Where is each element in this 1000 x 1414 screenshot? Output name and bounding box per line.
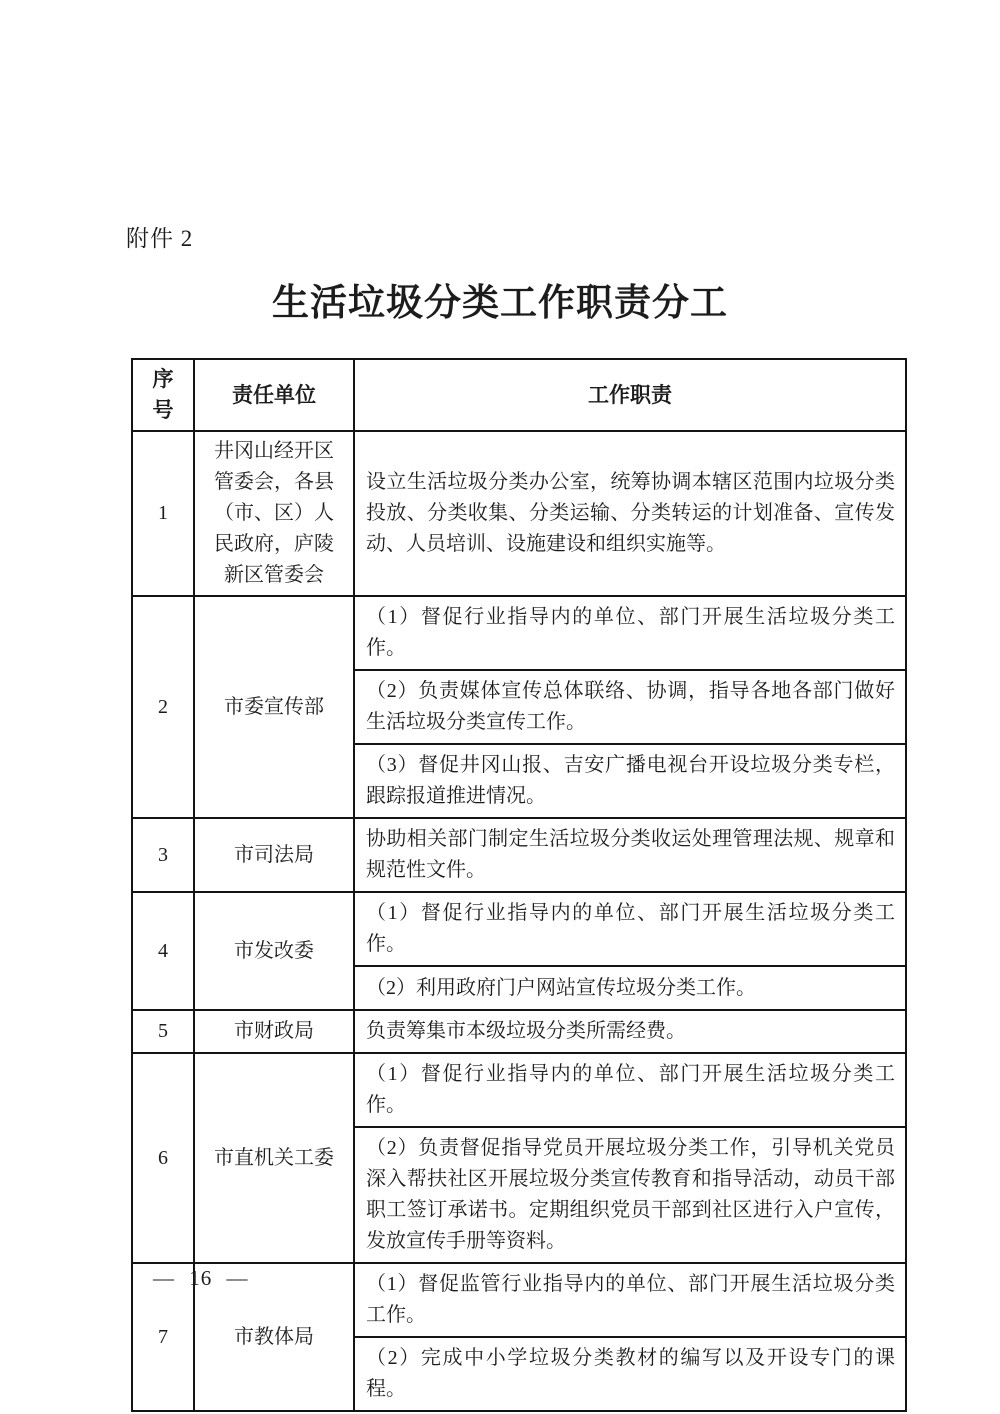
header-index-label: 序号 [151, 364, 174, 426]
page-title: 生活垃圾分类工作职责分工 [0, 272, 1000, 326]
unit-cell: 市委宣传部 [194, 596, 354, 818]
duty-cell: 负责筹集市本级垃圾分类所需经费。 [354, 1010, 906, 1053]
unit-cell: 市直机关工委 [194, 1053, 354, 1263]
responsibility-table: 序号 责任单位 工作职责 1 井冈山经开区管委会，各县（市、区）人民政府，庐陵新… [131, 358, 907, 1412]
duty-cell: （2）完成中小学垃圾分类教材的编写以及开设专门的课程。 [354, 1337, 906, 1411]
header-unit: 责任单位 [194, 359, 354, 431]
table-row: 6 市直机关工委 （1）督促行业指导内的单位、部门开展生活垃圾分类工作。 [132, 1053, 906, 1127]
unit-cell: 市司法局 [194, 818, 354, 892]
duty-cell: （2）负责媒体宣传总体联络、协调，指导各地各部门做好生活垃圾分类宣传工作。 [354, 670, 906, 744]
page-number: — 16 — [153, 1266, 249, 1291]
duty-cell: （1）督促行业指导内的单位、部门开展生活垃圾分类工作。 [354, 596, 906, 670]
header-duty: 工作职责 [354, 359, 906, 431]
unit-cell: 井冈山经开区管委会，各县（市、区）人民政府，庐陵新区管委会 [194, 431, 354, 596]
table-row: 1 井冈山经开区管委会，各县（市、区）人民政府，庐陵新区管委会 设立生活垃圾分类… [132, 431, 906, 596]
document-page: 附件 2 生活垃圾分类工作职责分工 序号 责任单位 工作职责 1 井冈山经开区管… [0, 0, 1000, 1414]
row-index-cell: 1 [132, 431, 194, 596]
row-index-cell: 5 [132, 1010, 194, 1053]
duty-cell: 设立生活垃圾分类办公室，统筹协调本辖区范围内垃圾分类投放、分类收集、分类运输、分… [354, 431, 906, 596]
unit-cell: 市财政局 [194, 1010, 354, 1053]
row-index-cell: 2 [132, 596, 194, 818]
header-index: 序号 [132, 359, 194, 431]
attachment-label: 附件 2 [126, 220, 193, 253]
duty-cell: （2）负责督促指导党员开展垃圾分类工作，引导机关党员深入帮扶社区开展垃圾分类宣传… [354, 1127, 906, 1263]
row-index-cell: 3 [132, 818, 194, 892]
duty-cell: （2）利用政府门户网站宣传垃圾分类工作。 [354, 966, 906, 1010]
table-row: 3 市司法局 协助相关部门制定生活垃圾分类收运处理管理法规、规章和规范性文件。 [132, 818, 906, 892]
row-index-cell: 4 [132, 892, 194, 1010]
table-row: 4 市发改委 （1）督促行业指导内的单位、部门开展生活垃圾分类工作。 [132, 892, 906, 966]
duty-cell: （1）督促监管行业指导内的单位、部门开展生活垃圾分类工作。 [354, 1263, 906, 1337]
duty-cell: （1）督促行业指导内的单位、部门开展生活垃圾分类工作。 [354, 892, 906, 966]
unit-cell: 市发改委 [194, 892, 354, 1010]
row-index-cell: 6 [132, 1053, 194, 1263]
table-row: 2 市委宣传部 （1）督促行业指导内的单位、部门开展生活垃圾分类工作。 [132, 596, 906, 670]
duty-cell: （1）督促行业指导内的单位、部门开展生活垃圾分类工作。 [354, 1053, 906, 1127]
duty-cell: （3）督促井冈山报、吉安广播电视台开设垃圾分类专栏，跟踪报道推进情况。 [354, 744, 906, 818]
table-row: 5 市财政局 负责筹集市本级垃圾分类所需经费。 [132, 1010, 906, 1053]
table-header-row: 序号 责任单位 工作职责 [132, 359, 906, 431]
duty-cell: 协助相关部门制定生活垃圾分类收运处理管理法规、规章和规范性文件。 [354, 818, 906, 892]
